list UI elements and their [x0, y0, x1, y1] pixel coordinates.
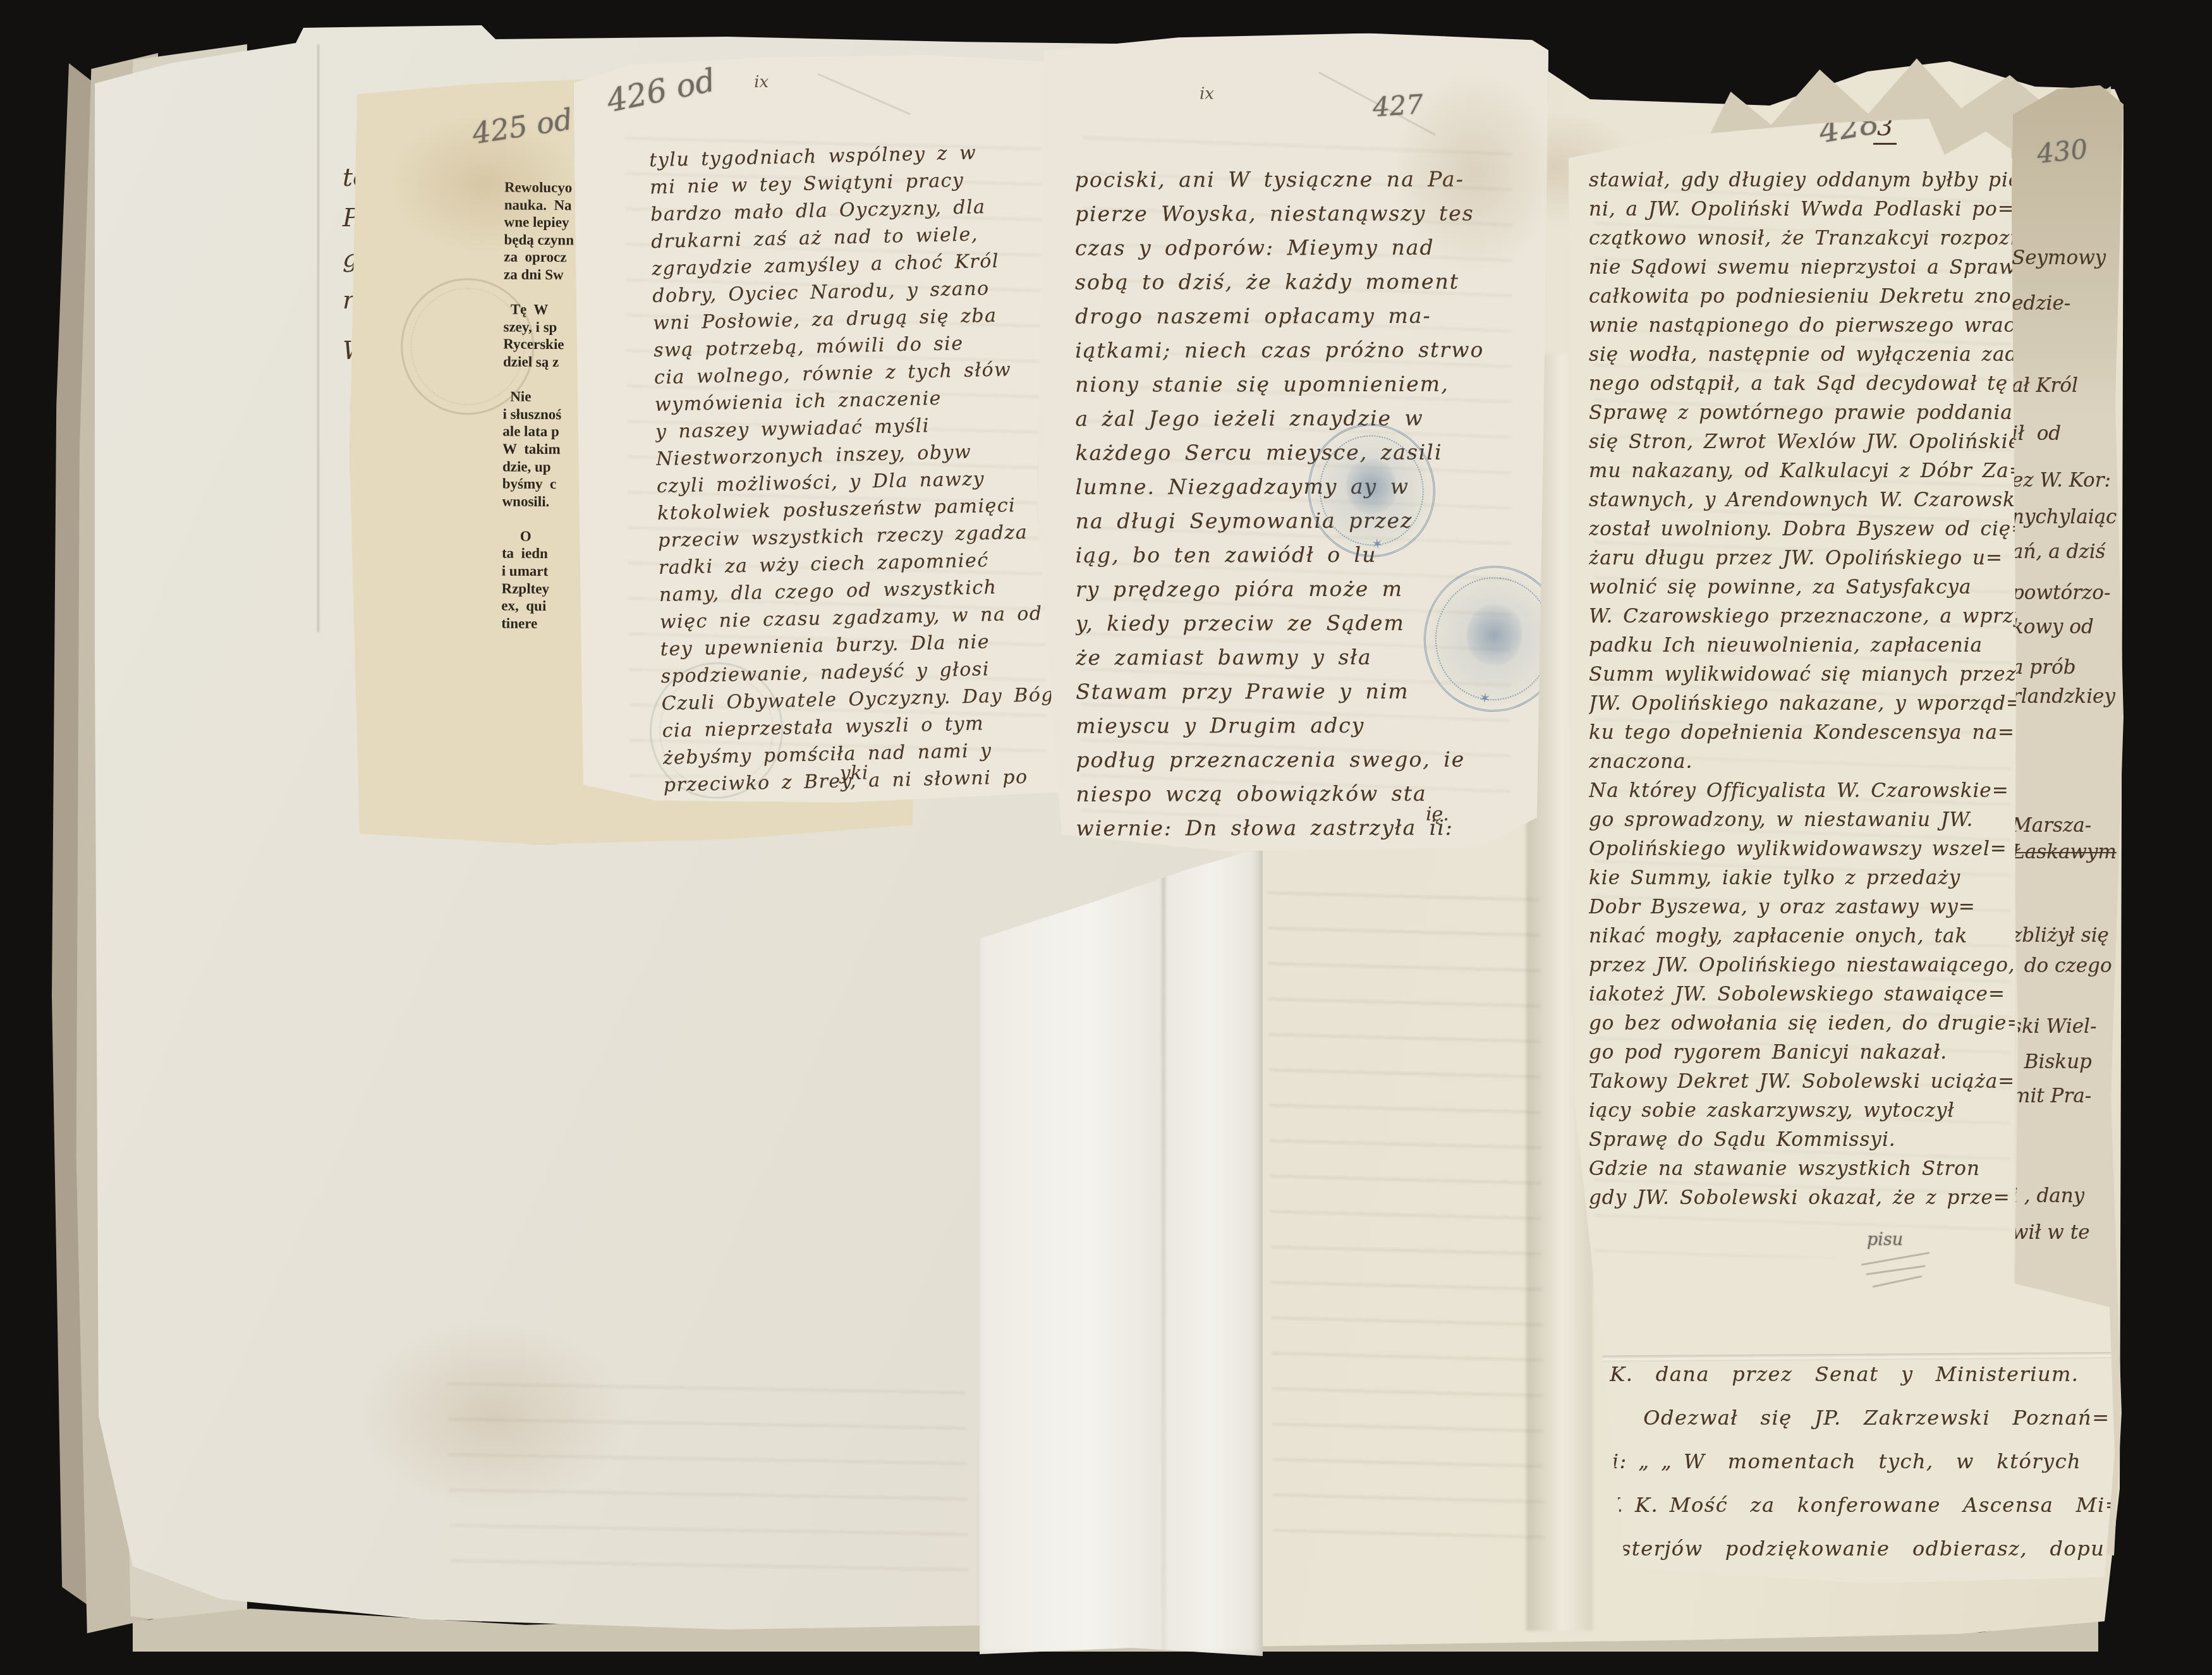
handwriting-fragment: zbliżył się: [2012, 924, 2109, 947]
handwriting-line: „nisterjów podziękowanie odbierasz, dopu: [1588, 1527, 2112, 1571]
page-427-manuscript: ix 427 pociski, ani W tysiączne na Pa-pi…: [1036, 32, 1549, 856]
faded-ink-stamp: [401, 277, 535, 415]
handwriting-line: Odezwał się JP. Zakrzewski Poznań=: [1588, 1396, 2112, 1440]
header-mark: ix: [1200, 84, 1214, 103]
header-mark: ix: [754, 73, 769, 92]
page-426-manuscript: 426 od ix tylu tygodniach wspólney z wmi…: [573, 54, 1085, 813]
paper-stain: [389, 113, 580, 253]
pencil-scribble: [1873, 1276, 1923, 1288]
handwriting-fragment: wił w te: [2012, 1221, 2090, 1244]
handwriting-fragment: nychylaiąc: [2012, 506, 2117, 528]
handwriting-fragment: kowy od: [2012, 616, 2094, 638]
handwriting-line: K. dana przez Senat y Ministerium.: [1588, 1353, 2112, 1396]
bleed-through-text: [447, 1373, 969, 1591]
handwriting-fragment: i , dany: [2012, 1185, 2084, 1207]
folio-number-426: 426 od: [604, 62, 719, 119]
handwriting-line: „W. K. Mość za konferowane Ascensa Mi=: [1588, 1483, 2112, 1527]
scanned-book-spread: tenżePodsgrodnymWa 430 Seymowyedzie-ał K…: [0, 0, 2212, 1675]
tissue-guard-fold: [980, 844, 1263, 1656]
handwriting-fragment: mit Pra-: [2012, 1085, 2091, 1107]
handwriting-fragment: ił od: [2012, 422, 2061, 445]
handwriting-fragment: , do czego: [2012, 954, 2112, 977]
handwriting-fragment: a prób: [2012, 656, 2076, 679]
handwriting-line: ski: „ „ W momentach tych, w których: [1588, 1440, 2112, 1483]
handwriting-fragment: edzie-: [2012, 292, 2070, 315]
manuscript-text-lower: K. dana przez Senat y Ministerium. Odezw…: [1588, 1353, 2112, 1571]
pencil-scribble: [1866, 1265, 1925, 1275]
handwriting-fragment: ań, a dziś: [2012, 540, 2106, 563]
bleed-through-text: [1081, 133, 1513, 817]
handwriting-fragment: i Biskup: [2012, 1051, 2092, 1073]
handwriting-fragment: rlandzkiey: [2012, 685, 2115, 708]
handwriting-fragment: Marsza-: [2012, 814, 2091, 837]
bleed-through-text: [624, 130, 1047, 778]
bleed-through-text: [1594, 183, 2011, 1258]
handwriting-fragment: powtórzo-: [2012, 582, 2110, 604]
under-sheet-edge: [317, 44, 319, 632]
handwriting-fragment: Seymowy: [2012, 247, 2106, 269]
bleed-through-text: [1267, 880, 1545, 1553]
handwriting-fragment: ez W. Kor:: [2012, 469, 2111, 492]
handwriting-fragment: ski Wiel-: [2012, 1015, 2096, 1038]
handwriting-fragment: Łaskawym: [2012, 841, 2117, 863]
pencil-stroke: [817, 73, 911, 116]
handwriting-fragment: ał Król: [2012, 374, 2078, 397]
